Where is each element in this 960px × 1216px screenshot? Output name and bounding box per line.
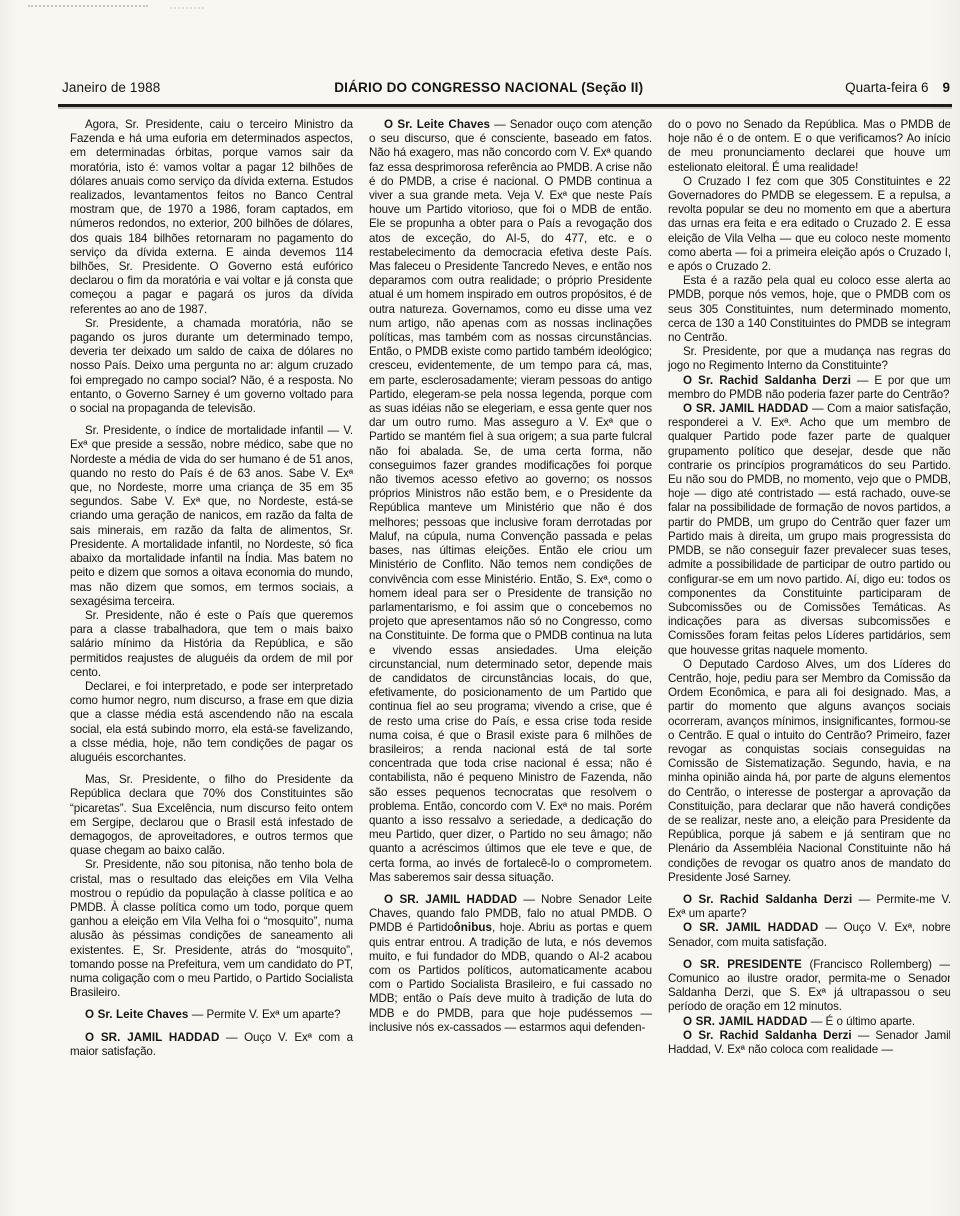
text-column-3: do o povo no Senado da República. Mas o … (668, 118, 950, 1208)
speaker-name: O Sr. Rachid Saldanha Derzi (683, 374, 851, 387)
speech-text: O Cruzado I fez com que 305 Constituinte… (668, 175, 950, 273)
speech-text: Sr. Presidente, o índice de mortalidade … (70, 424, 353, 607)
speech-text: Mas, Sr. Presidente, o filho do Presiden… (70, 773, 353, 857)
speaker-name: O Sr. Leite Chaves (384, 118, 490, 131)
speech-text: — Senador ouço com atenção o seu discurs… (369, 118, 652, 884)
speaker-name: O SR. JAMIL HADDAD (384, 893, 517, 906)
paragraph: Mas, Sr. Presidente, o filho do Presiden… (70, 773, 353, 858)
journal-weekday: Quarta-feira 6 (845, 80, 928, 95)
journal-weekday-page: Quarta-feira 69 (845, 80, 950, 95)
header-rule (58, 104, 952, 107)
scan-artifact (170, 7, 204, 9)
journal-date: Janeiro de 1988 (62, 80, 160, 95)
text-column-2: O Sr. Leite Chaves — Senador ouço com at… (369, 118, 652, 1208)
paragraph: Esta é a razão pela qual eu coloco esse … (668, 274, 950, 345)
paragraph: O SR. JAMIL HADDAD — Com a maior satisfa… (668, 402, 950, 658)
paragraph: O SR. JAMIL HADDAD — Nobre Senador Leite… (369, 893, 652, 1035)
speech-text: Sr. Presidente, por que a mudança nas re… (668, 345, 950, 372)
paragraph: O SR. JAMIL HADDAD — Ouço V. Exª, nobre … (668, 921, 950, 949)
paragraph: O Sr. Rachid Saldanha Derzi — Senador Ja… (668, 1029, 950, 1057)
paragraph: O SR. PRESIDENTE (Francisco Rollemberg) … (668, 958, 950, 1015)
speech-text: , hoje. Abriu as portas e quem quis entr… (369, 921, 652, 1033)
paragraph: O Sr. Leite Chaves — Senador ouço com at… (369, 118, 652, 885)
speaker-name: O SR. JAMIL HADDAD (85, 1031, 219, 1044)
speech-text: Agora, Sr. Presidente, caiu o terceiro M… (70, 118, 353, 316)
paragraph: O Sr. Rachid Saldanha Derzi — E por que … (668, 374, 950, 402)
paragraph: Sr. Presidente, não sou pitonisa, não te… (70, 858, 353, 1000)
scanned-journal-page: Janeiro de 1988 DIÁRIO DO CONGRESSO NACI… (0, 0, 960, 1216)
speech-text: Esta é a razão pela qual eu coloco esse … (668, 274, 950, 344)
speaker-name: O SR. JAMIL HADDAD (683, 402, 808, 415)
paragraph: Sr. Presidente, a chamada moratória, não… (70, 317, 353, 416)
speech-text: Declarei, e foi interpretado, e pode ser… (70, 680, 353, 764)
paragraph: O Sr. Rachid Saldanha Derzi — Permite-me… (668, 893, 950, 921)
page-number: 9 (942, 80, 950, 95)
speech-text: — Permite V. Exª um aparte? (188, 1008, 340, 1021)
speech-text: O Deputado Cardoso Alves, um dos Líderes… (668, 658, 950, 884)
speaker-name: O SR. JAMIL HADDAD (683, 921, 818, 934)
paragraph: Sr. Presidente, o índice de mortalidade … (70, 424, 353, 609)
speech-text: Sr. Presidente, a chamada moratória, não… (70, 317, 353, 415)
text-column-1: Agora, Sr. Presidente, caiu o terceiro M… (70, 118, 353, 1208)
paragraph: Sr. Presidente, por que a mudança nas re… (668, 345, 950, 373)
page-header: Janeiro de 1988 DIÁRIO DO CONGRESSO NACI… (62, 80, 950, 102)
paragraph: O Deputado Cardoso Alves, um dos Líderes… (668, 658, 950, 885)
paragraph: Declarei, e foi interpretado, e pode ser… (70, 680, 353, 765)
speaker-name: O Sr. Rachid Saldanha Derzi (683, 1029, 852, 1042)
paragraph: Sr. Presidente, não é este o País que qu… (70, 609, 353, 680)
speech-text: — É o último aparte. (807, 1015, 915, 1028)
speaker-name: O SR. JAMIL HADDAD (683, 1015, 807, 1028)
speech-text: Sr. Presidente, não sou pitonisa, não te… (70, 858, 353, 999)
speech-text: — Com a maior satisfação, responderei a … (668, 402, 950, 656)
paragraph: O SR. JAMIL HADDAD — É o último aparte. (668, 1015, 950, 1029)
journal-title: DIÁRIO DO CONGRESSO NACIONAL (Seção II) (334, 80, 643, 95)
speaker-name: ônibus (454, 921, 492, 934)
speaker-name: O Sr. Rachid Saldanha Derzi (683, 893, 852, 906)
paragraph: Agora, Sr. Presidente, caiu o terceiro M… (70, 118, 353, 317)
paragraph: O Sr. Leite Chaves — Permite V. Exª um a… (70, 1008, 353, 1022)
paragraph: O Cruzado I fez com que 305 Constituinte… (668, 175, 950, 274)
speech-text: do o povo no Senado da República. Mas o … (668, 118, 950, 174)
paragraph: O SR. JAMIL HADDAD — Ouço V. Exª com a m… (70, 1031, 353, 1059)
scan-artifact (28, 5, 148, 7)
paragraph: do o povo no Senado da República. Mas o … (668, 118, 950, 175)
speech-text: Sr. Presidente, não é este o País que qu… (70, 609, 353, 679)
speaker-name: O Sr. Leite Chaves (85, 1008, 188, 1021)
speaker-name: O SR. PRESIDENTE (683, 958, 802, 971)
text-columns: Agora, Sr. Presidente, caiu o terceiro M… (70, 118, 950, 1208)
